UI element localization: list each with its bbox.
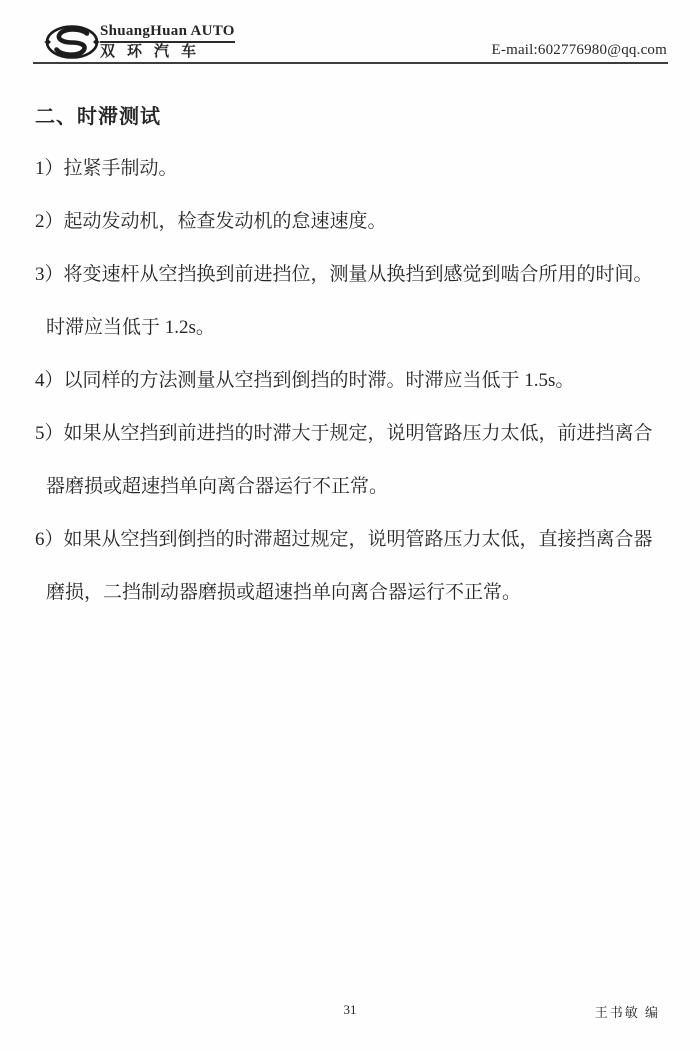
list-item: 5）如果从空挡到前进挡的时滞大于规定，说明管路压力太低，前进挡离合 器磨损或超速…: [35, 407, 671, 513]
shuanghuan-logo-icon: [44, 24, 100, 60]
list-item: 2）起动发动机，检查发动机的怠速速度。: [35, 195, 671, 248]
list-item: 3）将变速杆从空挡换到前进挡位，测量从换挡到感觉到啮合所用的时间。 时滞应当低于…: [35, 248, 671, 354]
contact-email: E-mail:602776980@qq.com: [492, 42, 667, 59]
list-item-line: 时滞应当低于 1.2s。: [35, 301, 671, 354]
list-item-line: 4）以同样的方法测量从空挡到倒挡的时滞。时滞应当低于 1.5s。: [35, 354, 671, 407]
list-item-line: 5）如果从空挡到前进挡的时滞大于规定，说明管路压力太低，前进挡离合: [35, 407, 671, 460]
brand-name-cn: 双环汽车: [100, 45, 235, 60]
procedure-list: 1）拉紧手制动。 2）起动发动机，检查发动机的怠速速度。 3）将变速杆从空挡换到…: [35, 142, 671, 619]
editor-credit: 王书敏 编: [595, 1002, 660, 1021]
header-divider: [33, 62, 668, 64]
brand-name-en: ShuangHuan AUTO: [100, 24, 235, 43]
brand-block: ShuangHuan AUTO 双环汽车: [100, 23, 235, 60]
document-page: ShuangHuan AUTO 双环汽车 E-mail:602776980@qq…: [0, 0, 700, 1051]
list-item-line: 3）将变速杆从空挡换到前进挡位，测量从换挡到感觉到啮合所用的时间。: [35, 248, 671, 301]
list-item: 4）以同样的方法测量从空挡到倒挡的时滞。时滞应当低于 1.5s。: [35, 354, 671, 407]
list-item-line: 6）如果从空挡到倒挡的时滞超过规定，说明管路压力太低，直接挡离合器: [35, 513, 671, 566]
list-item: 1）拉紧手制动。: [35, 142, 671, 195]
section-title: 二、时滞测试: [35, 100, 161, 129]
list-item-line: 1）拉紧手制动。: [35, 142, 671, 195]
list-item-line: 2）起动发动机，检查发动机的怠速速度。: [35, 195, 671, 248]
list-item: 6）如果从空挡到倒挡的时滞超过规定，说明管路压力太低，直接挡离合器 磨损，二挡制…: [35, 513, 671, 619]
list-item-line: 器磨损或超速挡单向离合器运行不正常。: [35, 460, 671, 513]
list-item-line: 磨损，二挡制动器磨损或超速挡单向离合器运行不正常。: [35, 566, 671, 619]
